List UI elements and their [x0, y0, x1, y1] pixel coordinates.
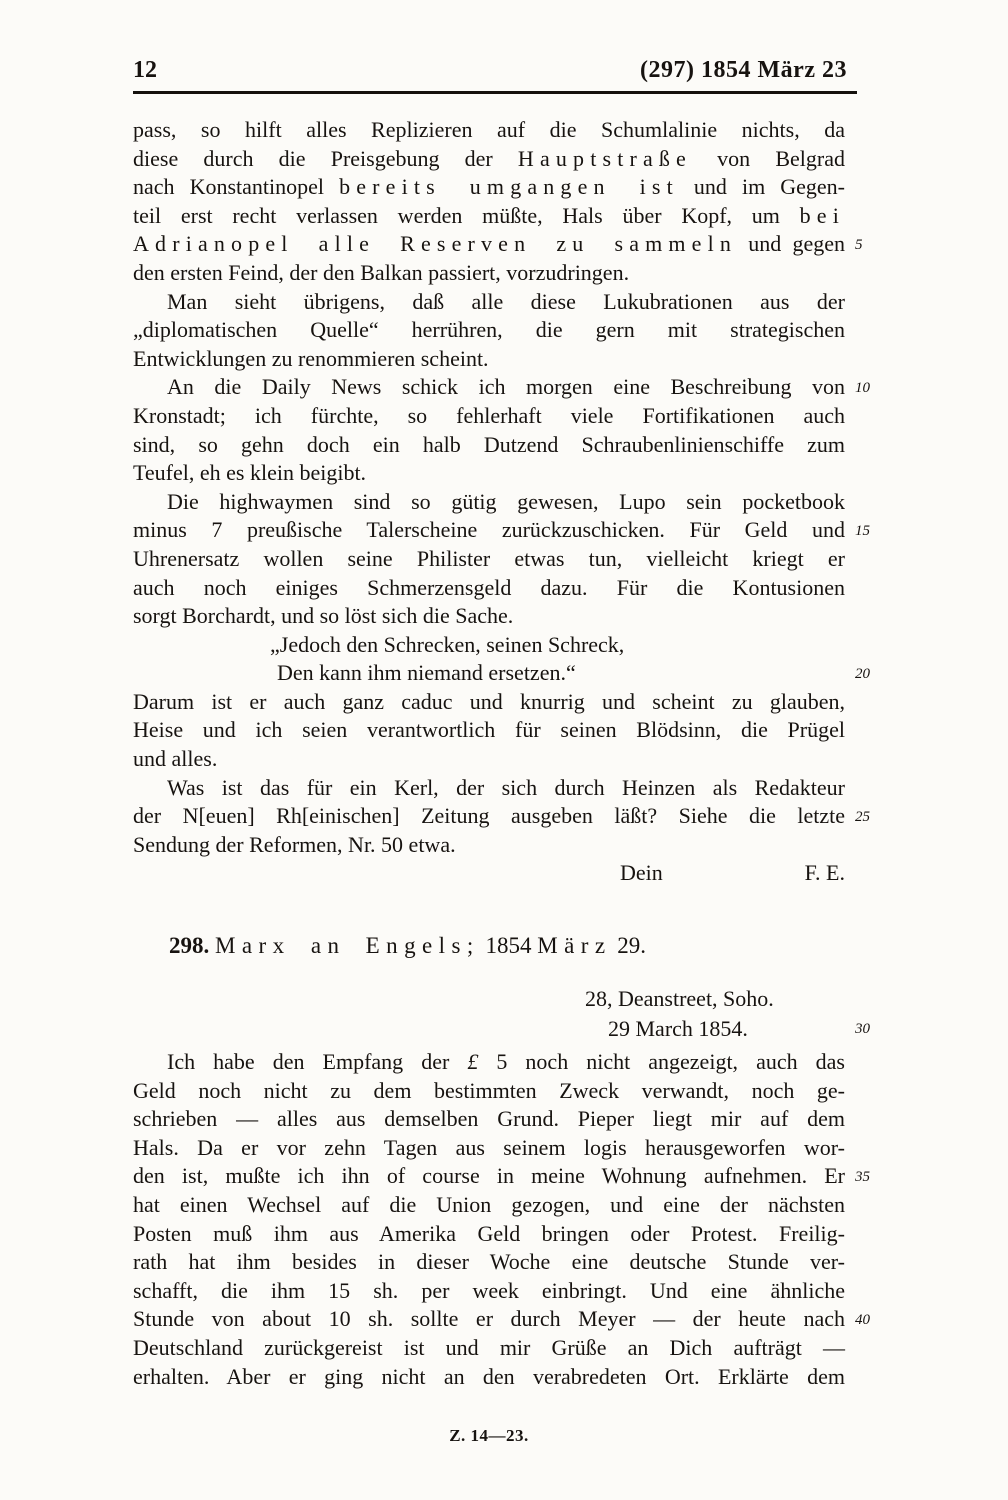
text-line: schrieben — alles aus demselben Grund. P…: [133, 1105, 845, 1134]
text-segment: pass, so hilft alles Replizieren auf die…: [133, 117, 845, 142]
text-line: hat einen Wechsel auf die Union gezogen,…: [133, 1191, 845, 1220]
text-segment: der N[euen] Rh[einischen] Zeitung ausgeb…: [133, 803, 845, 828]
text-segment: Entwicklungen zu renommieren scheint.: [133, 346, 489, 371]
text-segment: schafft, die ihm 15 sh. per week einbrin…: [133, 1278, 845, 1303]
text-segment: Posten muß ihm aus Amerika Geld bringen …: [133, 1221, 845, 1246]
letter-297-body: pass, so hilft alles Replizieren auf die…: [133, 116, 845, 888]
text-line: Die highwaymen sind so gütig gewesen, Lu…: [133, 488, 845, 517]
text-line: Was ist das für ein Kerl, der sich durch…: [133, 774, 845, 803]
text-segment: sind, so gehn doch ein halb Dutzend Schr…: [133, 432, 845, 457]
text-segment: teil erst recht verlassen werden müßte, …: [133, 203, 800, 228]
text-segment: Die highwaymen sind so gütig gewesen, Lu…: [167, 489, 845, 514]
text-line: erhalten. Aber er ging nicht an den vera…: [133, 1363, 845, 1392]
text-segment: 29.: [612, 933, 647, 958]
footnote: Z. 14—23.: [133, 1426, 845, 1446]
text-line: pass, so hilft alles Replizieren auf die…: [133, 116, 845, 145]
margin-line-number: 35: [855, 1170, 870, 1185]
text-segment: rath hat ihm besides in dieser Woche ein…: [133, 1249, 845, 1274]
margin-line-number: 15: [855, 524, 870, 539]
text-line: Darum ist er auch ganz caduc und knurrig…: [133, 688, 845, 717]
text-segment: Heise und ich seien verantwortlich für s…: [133, 717, 845, 742]
text-line: den ersten Feind, der den Balkan passier…: [133, 259, 845, 288]
text-segment: Deutschland zurückgereist ist und mir Gr…: [133, 1335, 845, 1360]
book-page: 12 (297) 1854 März 23 pass, so hilft all…: [0, 0, 1008, 1500]
text-segment: schrieben — alles aus demselben Grund. P…: [133, 1106, 845, 1131]
margin-line-number: 40: [855, 1313, 870, 1328]
text-segment: Kronstadt; ich fürchte, so fehlerhaft vi…: [133, 403, 845, 428]
text-segment: minus 7 preußische Talerscheine zurückzu…: [133, 517, 845, 542]
text-segment: und alles.: [133, 746, 217, 771]
text-segment: An die Daily News schick ich morgen eine…: [167, 374, 845, 399]
text-line: „Jedoch den Schrecken, seinen Schreck,: [133, 631, 845, 660]
text-line: Heise und ich seien verantwortlich für s…: [133, 716, 845, 745]
text-line: rath hat ihm besides in dieser Woche ein…: [133, 1248, 845, 1277]
letter-298-address: 28, Deanstreet, Soho.29 March 1854.30: [133, 984, 845, 1044]
text-line: schafft, die ihm 15 sh. per week einbrin…: [133, 1277, 845, 1306]
text-line: An die Daily News schick ich morgen eine…: [133, 373, 845, 402]
text-segment: Darum ist er auch ganz caduc und knurrig…: [133, 689, 845, 714]
text-segment: Adrianopel alle Reserven zu sammeln: [133, 231, 737, 256]
text-segment: den ist, mußte ich ihn of course in mein…: [133, 1163, 845, 1188]
text-line: auch noch einiges Schmerzensgeld dazu. F…: [133, 574, 845, 603]
margin-line-number: 25: [855, 810, 870, 825]
text-line: 29 March 1854.30: [133, 1014, 845, 1044]
text-line: diese durch die Preisgebung der Hauptstr…: [133, 145, 845, 174]
text-segment: Hauptstraße: [518, 146, 692, 171]
text-segment: bei: [800, 203, 845, 228]
text-line: Stunde von about 10 sh. sollte er durch …: [133, 1305, 845, 1334]
text-segment: nach Konstantinopel: [133, 174, 339, 199]
text-segment: den ersten Feind, der den Balkan passier…: [133, 260, 629, 285]
text-segment: „Jedoch den Schrecken, seinen Schreck,: [270, 632, 624, 657]
text-segment: bereits umgangen ist: [339, 174, 679, 199]
margin-line-number: 30: [855, 1022, 870, 1037]
text-segment: erhalten. Aber er ging nicht an den vera…: [133, 1364, 845, 1389]
text-segment: und gegen: [737, 231, 845, 256]
text-segment: Geld noch nicht zu dem bestimmten Zweck …: [133, 1078, 845, 1103]
text-segment: Was ist das für ein Kerl, der sich durch…: [167, 775, 845, 800]
text-segment: Man sieht übrigens, daß alle diese Lukub…: [167, 289, 845, 314]
text-segment: und im Gegen-: [679, 174, 845, 199]
text-segment: Den kann ihm niemand ersetzen.“: [277, 660, 576, 685]
text-line: teil erst recht verlassen werden müßte, …: [133, 202, 845, 231]
margin-line-number: 20: [855, 667, 870, 682]
text-line: Hals. Da er vor zehn Tagen aus seinem lo…: [133, 1134, 845, 1163]
text-line: 28, Deanstreet, Soho.: [133, 984, 845, 1014]
text-segment: Hals. Da er vor zehn Tagen aus seinem lo…: [133, 1135, 845, 1160]
text-line: und alles.: [133, 745, 845, 774]
text-line: Posten muß ihm aus Amerika Geld bringen …: [133, 1220, 845, 1249]
text-line: 298. Marx an Engels; 1854 März 29.: [133, 931, 845, 961]
pound-sign: £: [467, 1049, 478, 1074]
text-line: Entwicklungen zu renommieren scheint.: [133, 345, 845, 374]
text-segment: von Belgrad: [692, 146, 845, 171]
text-line: Teufel, eh es klein beigibt.: [133, 459, 845, 488]
text-line: Uhrenersatz wollen seine Philister etwas…: [133, 545, 845, 574]
text-line: Den kann ihm niemand ersetzen.“20: [133, 659, 845, 688]
text-segment: März: [537, 933, 611, 958]
text-segment: diese durch die Preisgebung der: [133, 146, 518, 171]
text-line: Sendung der Reformen, Nr. 50 etwa.: [133, 831, 845, 860]
text-segment: 29 March 1854.: [608, 1016, 748, 1041]
text-segment: auch noch einiges Schmerzensgeld dazu. F…: [133, 575, 845, 600]
letter-number: 298.: [169, 933, 215, 958]
text-line: Man sieht übrigens, daß alle diese Lukub…: [133, 288, 845, 317]
header-date-ref: (297) 1854 März 23: [640, 56, 857, 84]
margin-line-number: 5: [855, 238, 863, 253]
text-segment: Uhrenersatz wollen seine Philister etwas…: [133, 546, 845, 571]
text-line: sorgt Borchardt, und so löst sich die Sa…: [133, 602, 845, 631]
text-segment: sorgt Borchardt, und so löst sich die Sa…: [133, 603, 513, 628]
signature-dein: Dein: [620, 859, 663, 888]
text-segment: Ich habe den Empfang der: [167, 1049, 467, 1074]
text-line: Ich habe den Empfang der £ 5 noch nicht …: [133, 1048, 845, 1077]
signature-initials: F. E.: [805, 859, 845, 888]
text-line: minus 7 preußische Talerscheine zurückzu…: [133, 516, 845, 545]
text-segment: Teufel, eh es klein beigibt.: [133, 460, 366, 485]
text-line: Adrianopel alle Reserven zu sammeln und …: [133, 230, 845, 259]
text-line: Deutschland zurückgereist ist und mir Gr…: [133, 1334, 845, 1363]
text-segment: „diplomatischen Quelle“ herrühren, die g…: [133, 317, 845, 342]
text-segment: hat einen Wechsel auf die Union gezogen,…: [133, 1192, 845, 1217]
text-segment: Stunde von about 10 sh. sollte er durch …: [133, 1306, 845, 1331]
text-line: Kronstadt; ich fürchte, so fehlerhaft vi…: [133, 402, 845, 431]
text-segment: 5 noch nicht angezeigt, auch das: [478, 1049, 845, 1074]
margin-line-number: 10: [855, 381, 870, 396]
text-line: Geld noch nicht zu dem bestimmten Zweck …: [133, 1077, 845, 1106]
text-segment: 28, Deanstreet, Soho.: [585, 986, 774, 1011]
text-segment: Marx an Engels;: [215, 933, 480, 958]
text-line: der N[euen] Rh[einischen] Zeitung ausgeb…: [133, 802, 845, 831]
page-number: 12: [133, 56, 157, 84]
text-line: DeinF. E.: [133, 859, 845, 888]
text-line: nach Konstantinopel bereits umgangen ist…: [133, 173, 845, 202]
text-segment: Sendung der Reformen, Nr. 50 etwa.: [133, 832, 456, 857]
running-header: 12 (297) 1854 März 23: [133, 56, 857, 94]
text-line: „diplomatischen Quelle“ herrühren, die g…: [133, 316, 845, 345]
text-segment: 1854: [480, 933, 538, 958]
header-rule: [133, 91, 857, 94]
letter-298-heading: 298. Marx an Engels; 1854 März 29.: [133, 931, 845, 961]
text-line: den ist, mußte ich ihn of course in mein…: [133, 1162, 845, 1191]
letter-298-body: Ich habe den Empfang der £ 5 noch nicht …: [133, 1048, 845, 1391]
text-line: sind, so gehn doch ein halb Dutzend Schr…: [133, 431, 845, 460]
